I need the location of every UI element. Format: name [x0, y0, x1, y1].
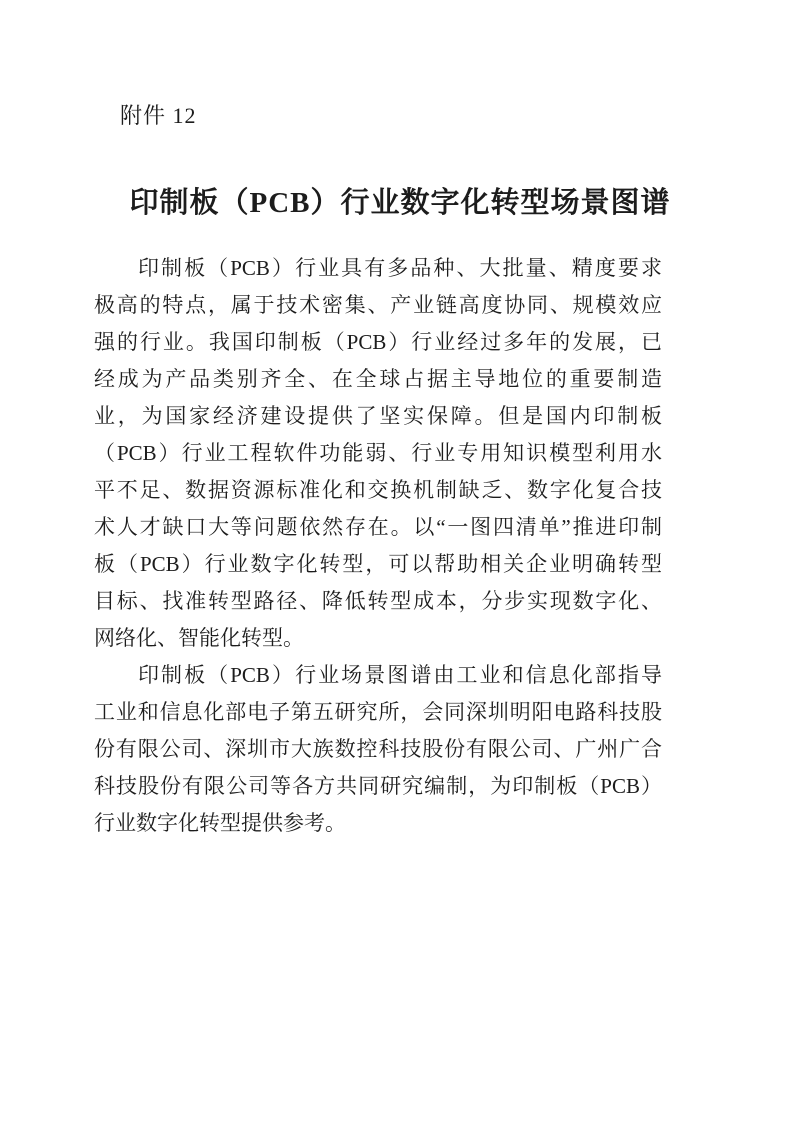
body-line: 行业数字化转型提供参考。: [94, 805, 662, 842]
body-line: 强的行业。我国印制板（PCB）行业经过多年的发展，已: [94, 324, 662, 361]
body-line: 板（PCB）行业数字化转型，可以帮助相关企业明确转型: [94, 546, 662, 583]
page-background: 附件 12 印制板（PCB）行业数字化转型场景图谱 印制板（PCB）行业具有多品…: [0, 0, 800, 1131]
body-line: 网络化、智能化转型。: [94, 620, 662, 657]
body-line: 经成为产品类别齐全、在全球占据主导地位的重要制造: [94, 361, 662, 398]
body-line: （PCB）行业工程软件功能弱、行业专用知识模型利用水: [94, 435, 662, 472]
body-line: 科技股份有限公司等各方共同研究编制，为印制板（PCB）: [94, 768, 662, 805]
body-line: 术人才缺口大等问题依然存在。以“一图四清单”推进印制: [94, 509, 662, 546]
document-body: 印制板（PCB）行业具有多品种、大批量、精度要求极高的特点，属于技术密集、产业链…: [94, 250, 662, 842]
body-line: 印制板（PCB）行业场景图谱由工业和信息化部指导: [94, 657, 662, 694]
body-line: 目标、找准转型路径、降低转型成本，分步实现数字化、: [94, 583, 662, 620]
body-line: 极高的特点，属于技术密集、产业链高度协同、规模效应: [94, 287, 662, 324]
document-title: 印制板（PCB）行业数字化转型场景图谱: [0, 182, 800, 224]
body-line: 印制板（PCB）行业具有多品种、大批量、精度要求: [94, 250, 662, 287]
paragraph: 印制板（PCB）行业具有多品种、大批量、精度要求极高的特点，属于技术密集、产业链…: [94, 250, 662, 657]
attachment-number-label: 附件 12: [120, 101, 197, 131]
body-line: 工业和信息化部电子第五研究所，会同深圳明阳电路科技股: [94, 694, 662, 731]
document-page: { "page": { "background_color": "#ffffff…: [0, 0, 800, 1131]
paragraph: 印制板（PCB）行业场景图谱由工业和信息化部指导工业和信息化部电子第五研究所，会…: [94, 657, 662, 842]
body-line: 平不足、数据资源标准化和交换机制缺乏、数字化复合技: [94, 472, 662, 509]
body-line: 业，为国家经济建设提供了坚实保障。但是国内印制板: [94, 398, 662, 435]
body-line: 份有限公司、深圳市大族数控科技股份有限公司、广州广合: [94, 731, 662, 768]
